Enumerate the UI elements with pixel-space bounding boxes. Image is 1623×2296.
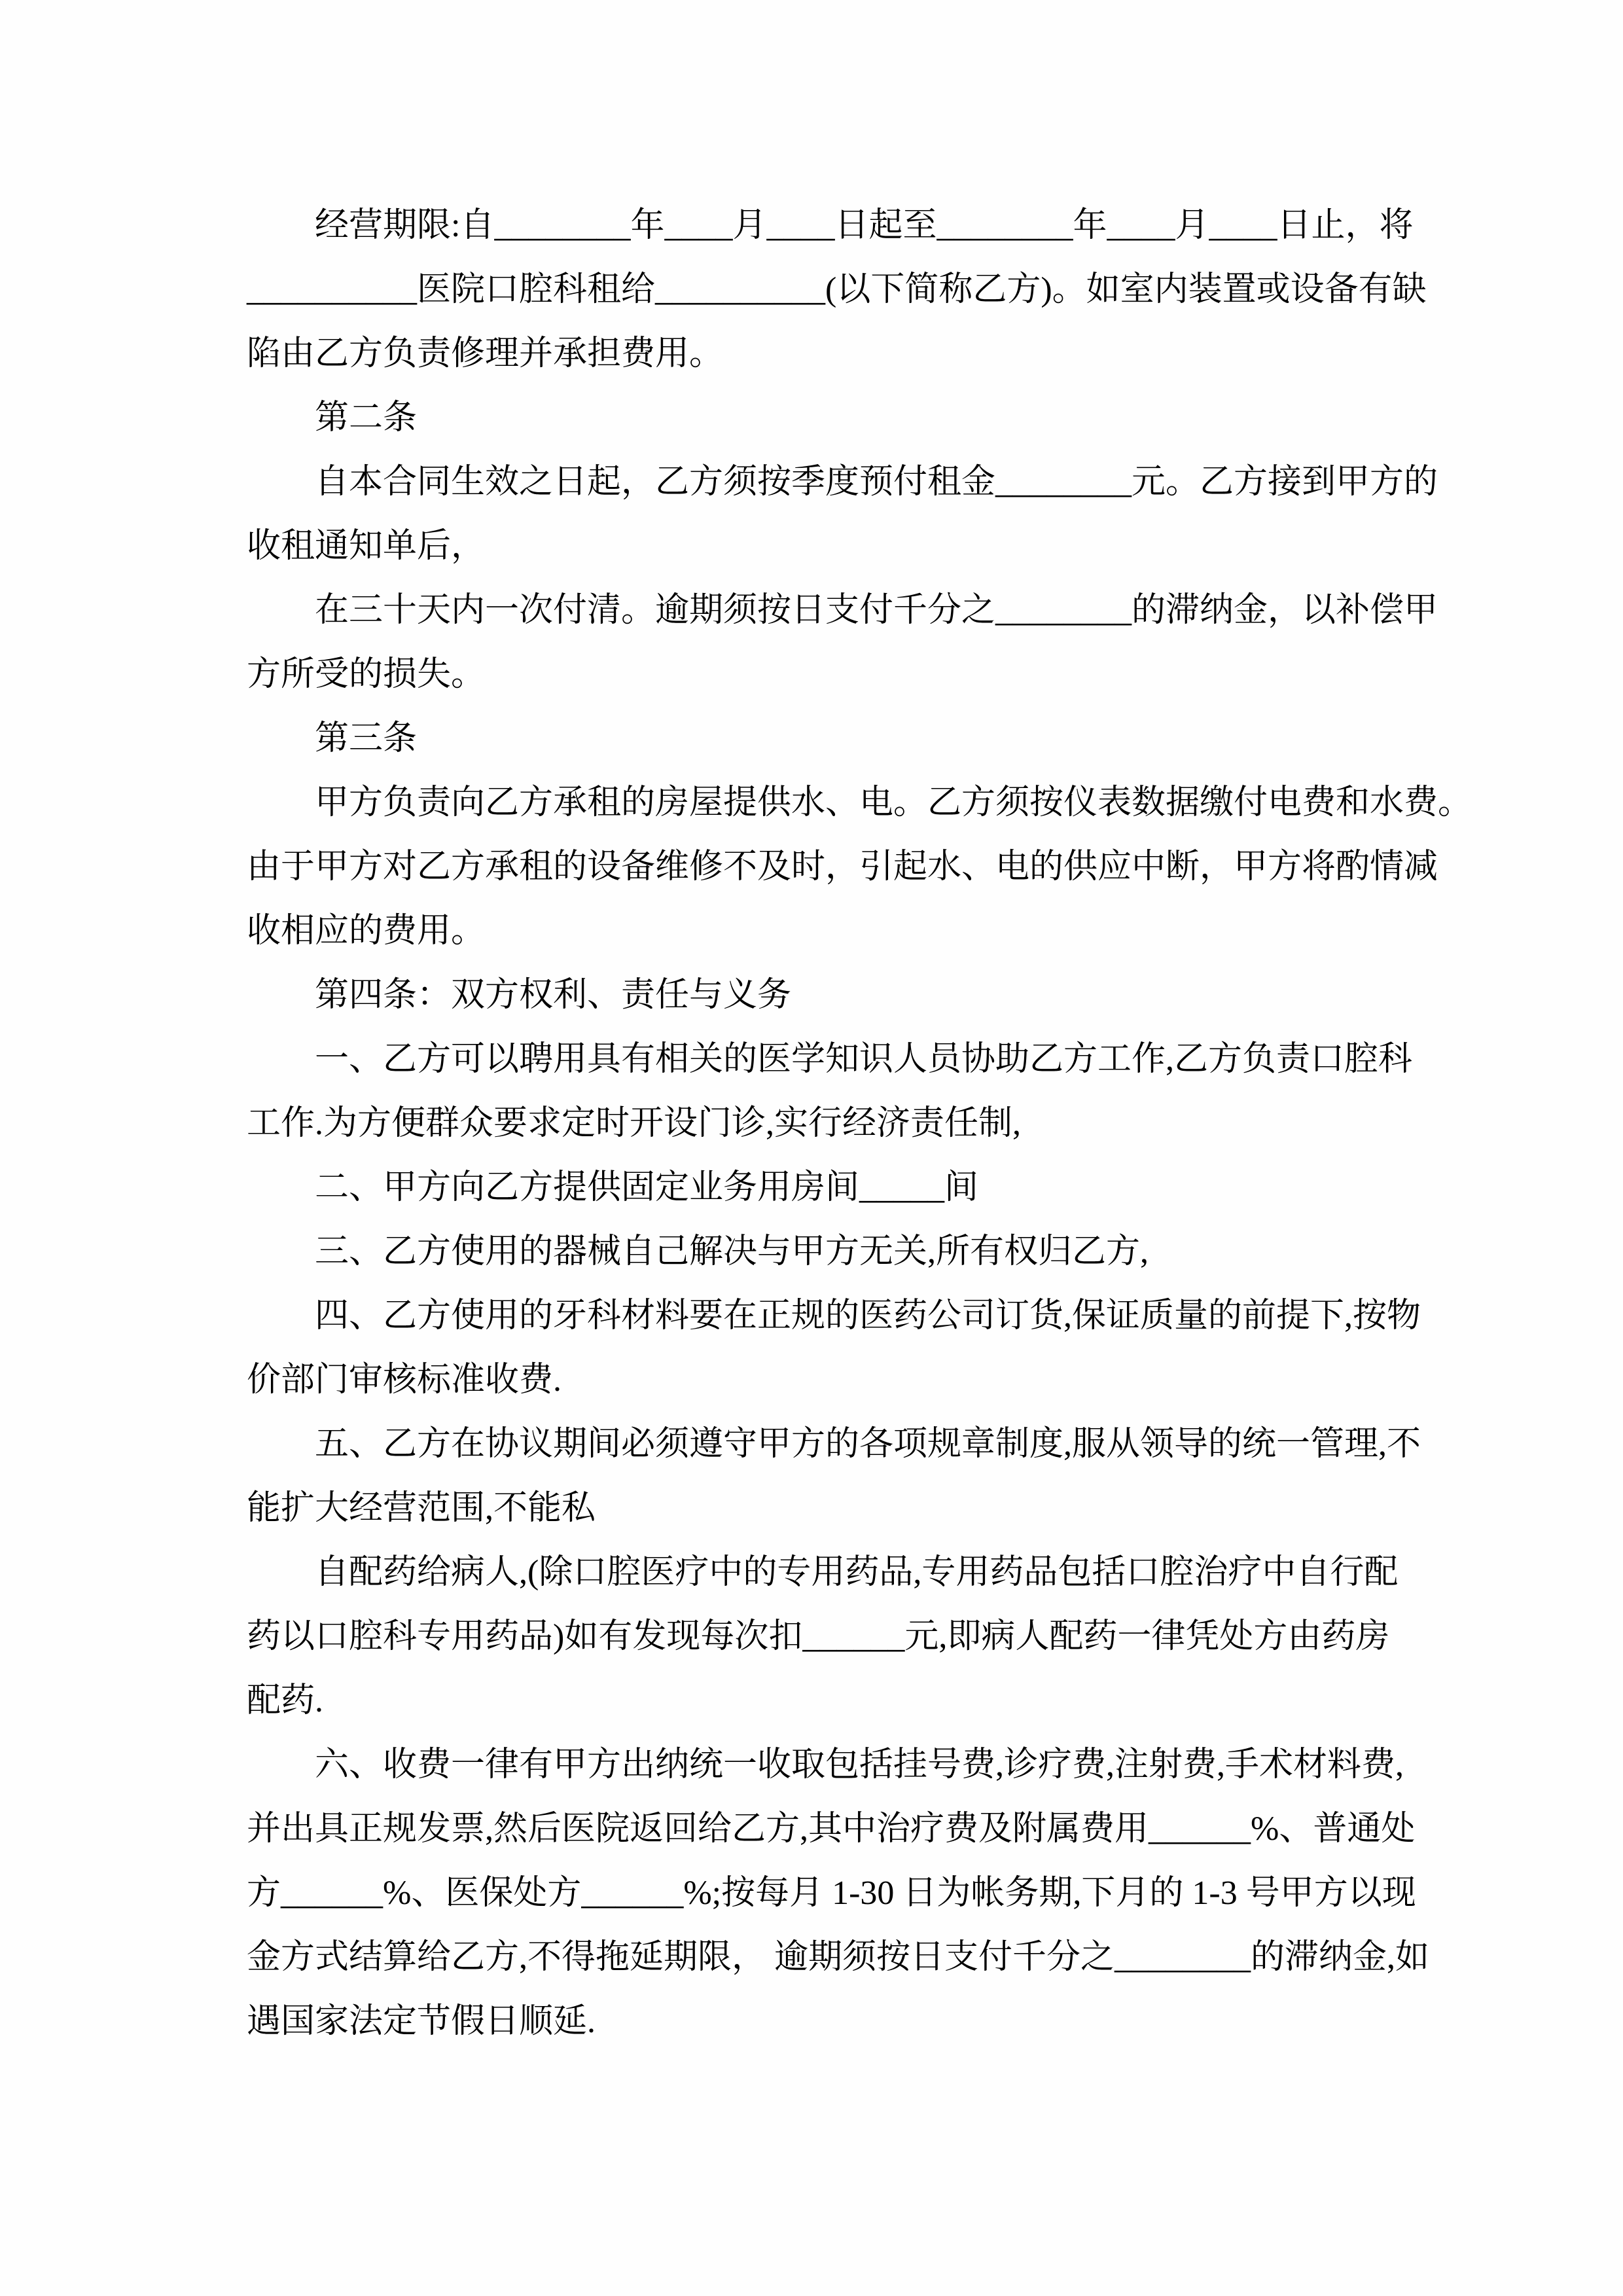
text-line: 一、乙方可以聘用具有相关的医学知识人员协助乙方工作,乙方负责口腔科 (247, 1028, 1454, 1092)
text-line: 第三条 (247, 707, 1454, 771)
text-line: 四、乙方使用的牙科材料要在正规的医药公司订货,保证质量的前提下,按物 (247, 1284, 1454, 1348)
text-line: 收租通知单后， (247, 514, 1454, 579)
text-line: 能扩大经营范围,不能私 (247, 1477, 1454, 1541)
text-line: 遇国家法定节假日顺延. (247, 1990, 1454, 2054)
text-line: 三、乙方使用的器械自己解决与甲方无关,所有权归乙方, (247, 1220, 1454, 1284)
text-line: 价部门审核标准收费. (247, 1348, 1454, 1412)
text-line: 陷由乙方负责修理并承担费用。 (247, 322, 1454, 386)
text-line: 金方式结算给乙方,不得拖延期限， 逾期须按日支付千分之________的滞纳金,… (247, 1926, 1454, 1990)
text-line: 自配药给病人,(除口腔医疗中的专用药品,专用药品包括口腔治疗中自行配 (247, 1541, 1454, 1605)
text-line: 五、乙方在协议期间必须遵守甲方的各项规章制度,服从领导的统一管理,不 (247, 1412, 1454, 1477)
text-line: 六、收费一律有甲方出纳统一收取包括挂号费,诊疗费,注射费,手术材料费, (247, 1733, 1454, 1797)
text-line: 药以口腔科专用药品)如有发现每次扣______元,即病人配药一律凭处方由药房 (247, 1605, 1454, 1669)
text-line: 并出具正规发票,然后医院返回给乙方,其中治疗费及附属费用______%、普通处 (247, 1797, 1454, 1861)
text-line: 配药. (247, 1669, 1454, 1733)
text-block: 经营期限:自________年____月____日起至________年____… (247, 194, 1454, 2054)
text-line: 收相应的费用。 (247, 899, 1454, 963)
text-line: 二、甲方向乙方提供固定业务用房间_____间 (247, 1156, 1454, 1220)
text-line: 第四条：双方权利、责任与义务 (247, 963, 1454, 1028)
text-line: 方______%、医保处方______%;按每月 1-30 日为帐务期,下月的 … (247, 1861, 1454, 1926)
text-line: 经营期限:自________年____月____日起至________年____… (247, 194, 1454, 258)
text-line: __________医院口腔科租给__________(以下简称乙方)。如室内装… (247, 258, 1454, 322)
text-line: 由于甲方对乙方承租的设备维修不及时，引起水、电的供应中断，甲方将酌情减 (247, 835, 1454, 899)
text-line: 方所受的损失。 (247, 643, 1454, 707)
text-line: 自本合同生效之日起，乙方须按季度预付租金________元。乙方接到甲方的 (247, 450, 1454, 514)
text-line: 工作.为方便群众要求定时开设门诊,实行经济责任制, (247, 1092, 1454, 1156)
document-page: 经营期限:自________年____月____日起至________年____… (0, 0, 1623, 2296)
text-line: 第二条 (247, 386, 1454, 450)
text-line: 甲方负责向乙方承租的房屋提供水、电。乙方须按仪表数据缴付电费和水费。 (247, 771, 1454, 835)
text-line: 在三十天内一次付清。逾期须按日支付千分之________的滞纳金，以补偿甲 (247, 579, 1454, 643)
